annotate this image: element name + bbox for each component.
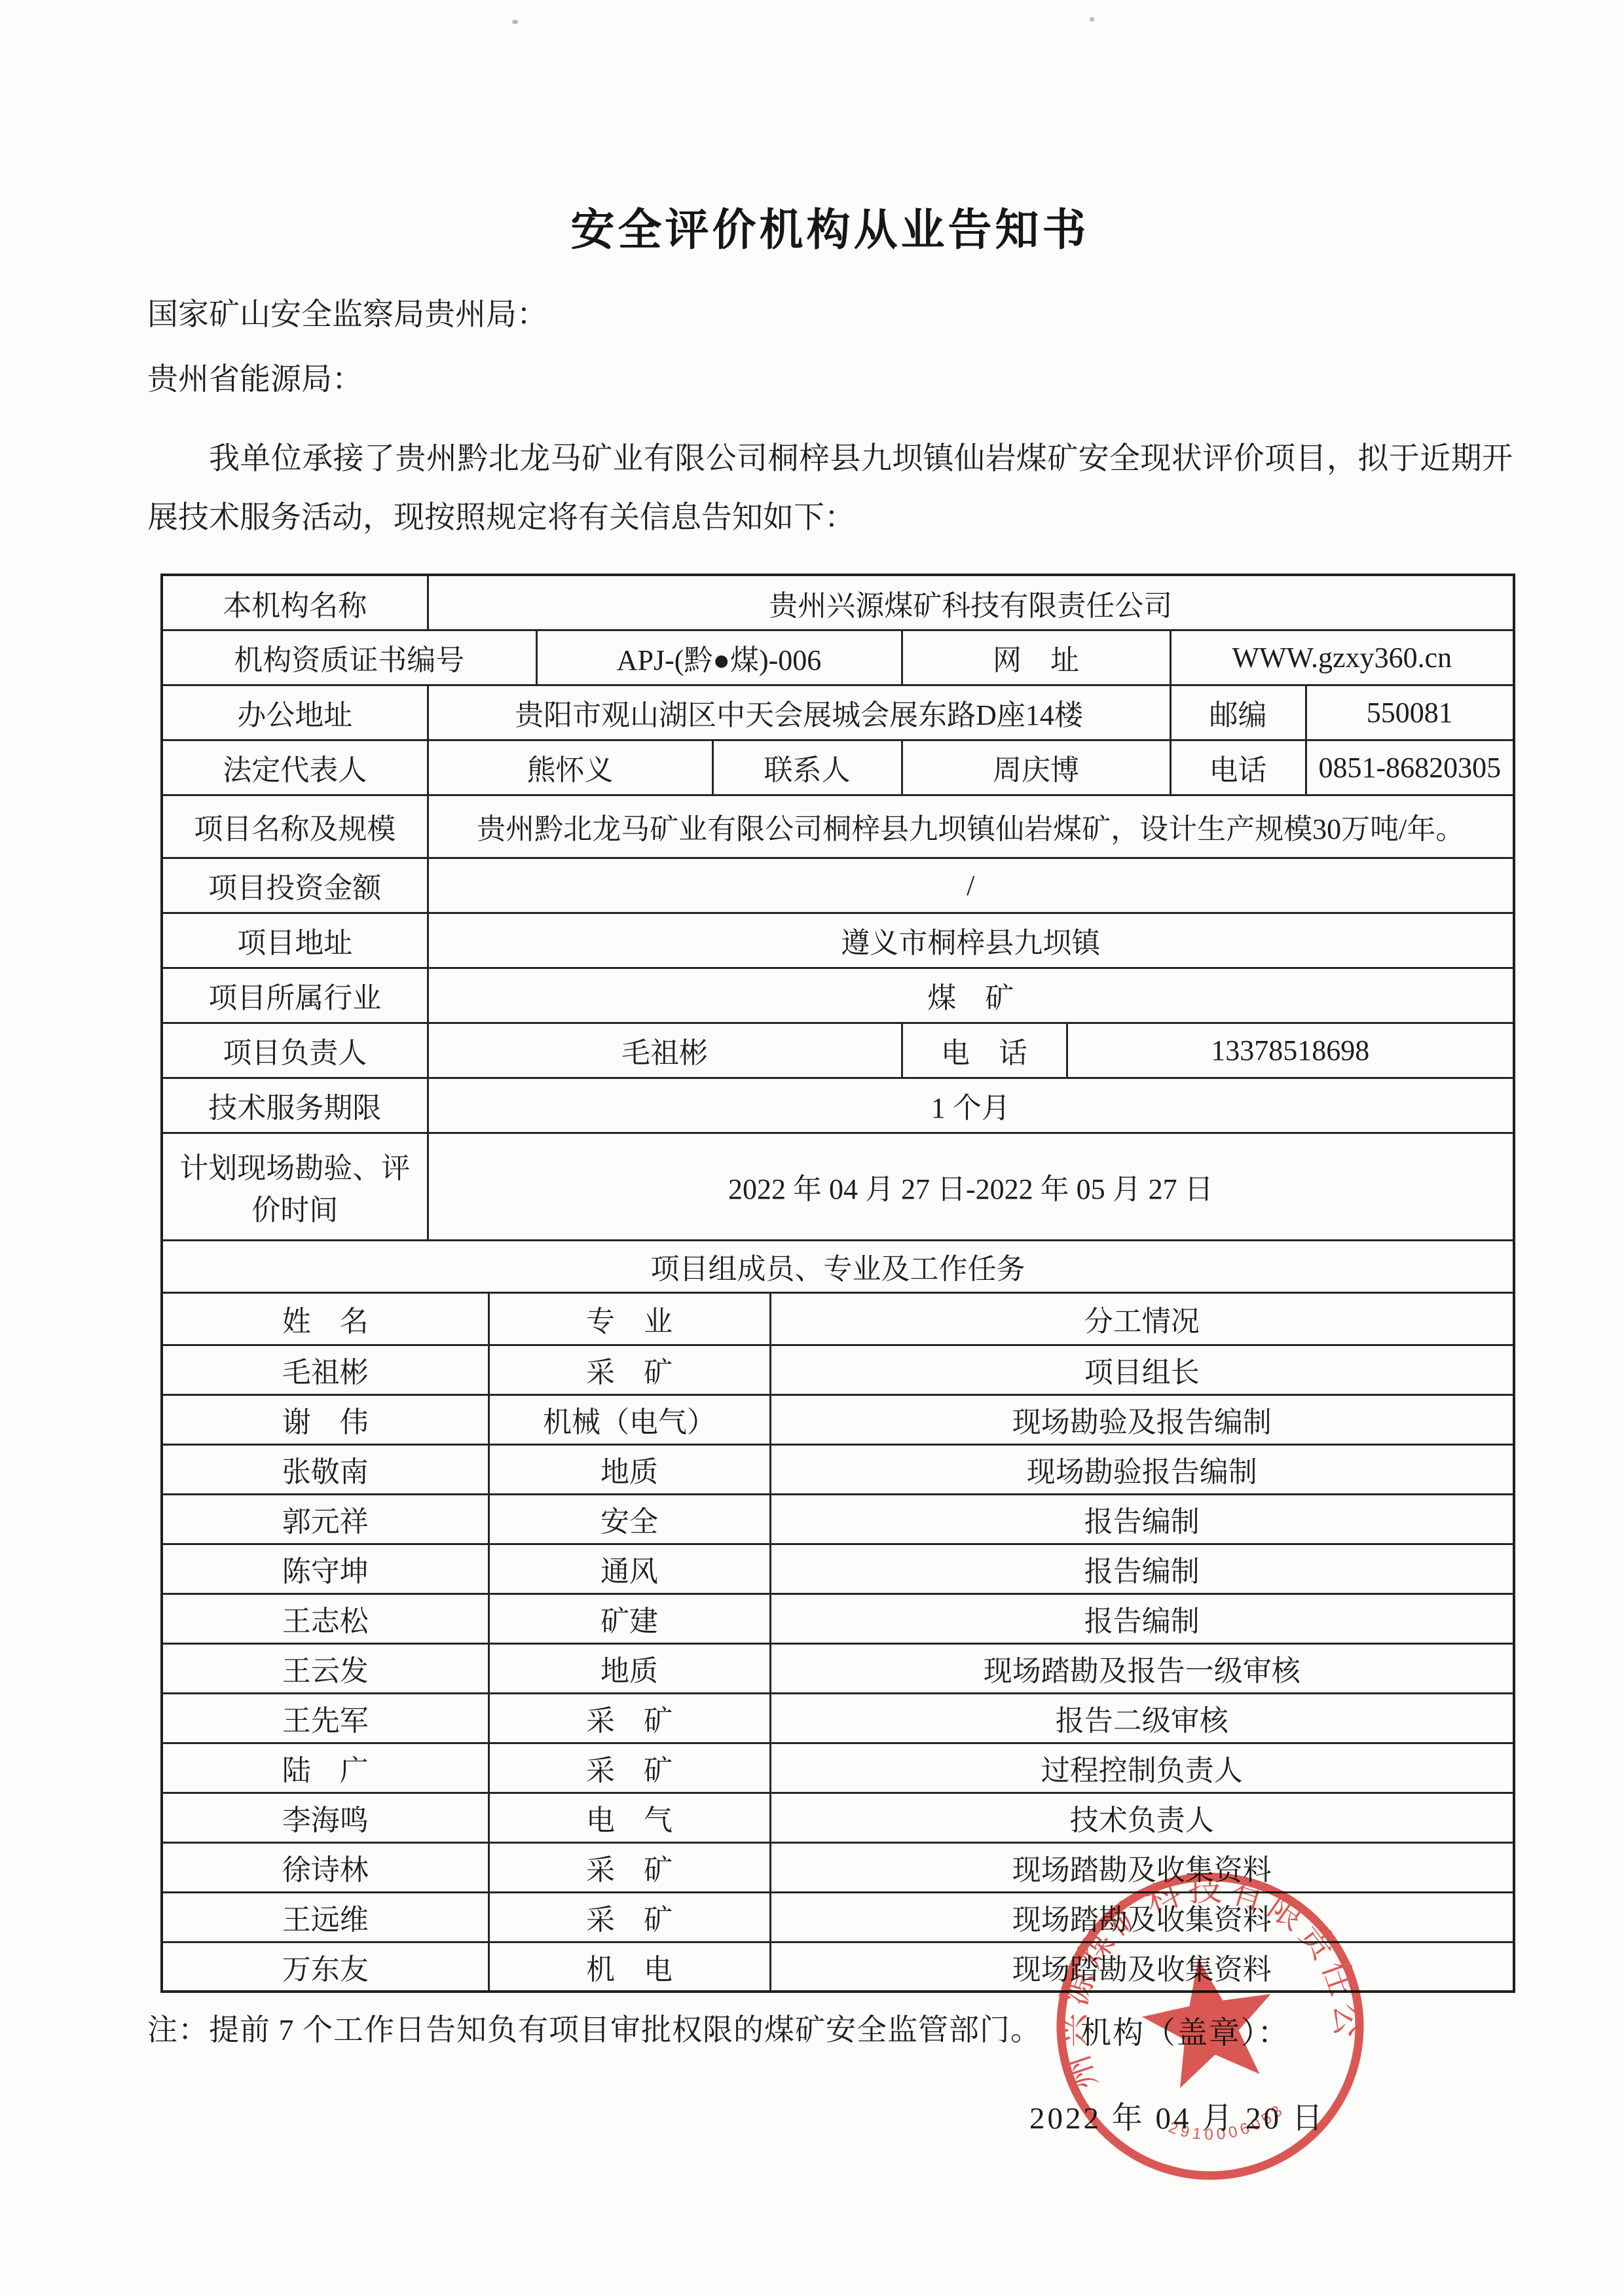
table-cell: / bbox=[428, 858, 1514, 913]
scan-speck bbox=[1090, 17, 1094, 22]
table-cell: 矿建 bbox=[489, 1594, 770, 1643]
table-cell: 采 矿 bbox=[489, 1693, 770, 1743]
table-cell: 联系人 bbox=[712, 740, 902, 795]
table-cell: 熊怀义 bbox=[428, 740, 712, 795]
table-cell: 550081 bbox=[1306, 685, 1514, 740]
table-cell: 机构资质证书编号 bbox=[162, 630, 536, 685]
signature-date: 2022 年 04 月 20 日 bbox=[1029, 2094, 1325, 2138]
table-cell: APJ-(黔●煤)-006 bbox=[536, 630, 902, 685]
seal-caption: 机构（盖章）： bbox=[1080, 2009, 1290, 2052]
table-cell: 煤 矿 bbox=[428, 968, 1514, 1023]
recipient-line-2: 贵州省能源局： bbox=[147, 365, 1513, 395]
table-row: 项目名称及规模 贵州黔北龙马矿业有限公司桐梓县九坝镇仙岩煤矿，设计生产规模30万… bbox=[162, 795, 1514, 858]
table-cell: 报告编制 bbox=[770, 1544, 1514, 1594]
table-row: 技术服务期限 1 个月 bbox=[162, 1078, 1514, 1133]
table-cell: 地质 bbox=[489, 1643, 770, 1693]
table-cell: 过程控制负责人 bbox=[770, 1743, 1514, 1793]
table-cell: 采 矿 bbox=[489, 1892, 770, 1942]
table-cell: 郭元祥 bbox=[162, 1494, 489, 1544]
table-cell: 电 气 bbox=[489, 1793, 770, 1842]
footnote: 注：提前 7 个工作日告知负有项目审批权限的煤矿安全监管部门。 bbox=[147, 2006, 1513, 2049]
table-cell: 李海鸣 bbox=[162, 1793, 489, 1842]
table-cell: 采 矿 bbox=[489, 1842, 770, 1892]
table-cell: 项目投资金额 bbox=[162, 858, 428, 913]
table-cell: 万东友 bbox=[162, 1942, 489, 1992]
table-section-header: 项目组成员、专业及工作任务 bbox=[162, 1240, 1514, 1292]
table-cell: 0851-86820305 bbox=[1306, 740, 1514, 795]
table-cell: 机械（电气） bbox=[489, 1394, 770, 1444]
table-cell: 陈守坤 bbox=[162, 1544, 489, 1594]
table-cell: 电话 bbox=[1170, 740, 1306, 795]
table-cell: 徐诗林 bbox=[162, 1842, 489, 1892]
table-cell: 分工情况 bbox=[770, 1292, 1514, 1345]
table-row: 毛祖彬 采 矿 项目组长 bbox=[162, 1345, 1514, 1394]
table-cell: 现场踏勘及收集资料 bbox=[770, 1942, 1514, 1992]
table-cell: 王先军 bbox=[162, 1693, 489, 1743]
table-cell: 网 址 bbox=[902, 630, 1170, 685]
table-cell: 电 话 bbox=[902, 1023, 1067, 1078]
intro-paragraph: 我单位承接了贵州黔北龙马矿业有限公司桐梓县九坝镇仙岩煤矿安全现状评价项目，拟于近… bbox=[147, 429, 1513, 547]
table-cell: 项目负责人 bbox=[162, 1023, 428, 1078]
table-cell: 贵州兴源煤矿科技有限责任公司 bbox=[428, 575, 1514, 630]
table-cell: 机 电 bbox=[489, 1942, 770, 1992]
table-row: 项目组成员、专业及工作任务 bbox=[162, 1240, 1514, 1292]
table-cell: 现场勘验及报告编制 bbox=[770, 1394, 1514, 1444]
table-cell: 遵义市桐梓县九坝镇 bbox=[428, 913, 1514, 968]
table-row: 机构资质证书编号 APJ-(黔●煤)-006 网 址 WWW.gzxy360.c… bbox=[162, 630, 1514, 685]
table-row: 项目投资金额 / bbox=[162, 858, 1514, 913]
table-cell: 姓 名 bbox=[162, 1292, 489, 1345]
table-cell: 谢 伟 bbox=[162, 1394, 489, 1444]
table-row: 计划现场勘验、评价时间 2022 年 04 月 27 日-2022 年 05 月… bbox=[162, 1133, 1514, 1240]
scan-speck bbox=[512, 20, 518, 24]
table-row: 王远维 采 矿 现场踏勘及收集资料 bbox=[162, 1892, 1514, 1942]
table-row: 本机构名称 贵州兴源煤矿科技有限责任公司 bbox=[162, 575, 1514, 630]
table-cell: 现场踏勘及收集资料 bbox=[770, 1892, 1514, 1942]
table-cell: 办公地址 bbox=[162, 685, 428, 740]
table-row: 陆 广 采 矿 过程控制负责人 bbox=[162, 1743, 1514, 1793]
table-cell: 项目地址 bbox=[162, 913, 428, 968]
table-cell: 王志松 bbox=[162, 1594, 489, 1643]
table-cell: 贵州黔北龙马矿业有限公司桐梓县九坝镇仙岩煤矿，设计生产规模30万吨/年。 bbox=[428, 795, 1514, 858]
table-cell: 项目组长 bbox=[770, 1345, 1514, 1394]
table-row: 万东友 机 电 现场踏勘及收集资料 bbox=[162, 1942, 1514, 1992]
table-cell: 通风 bbox=[489, 1544, 770, 1594]
table-cell: 张敬南 bbox=[162, 1444, 489, 1494]
document-page: 安全评价机构从业告知书 国家矿山安全监察局贵州局： 贵州省能源局： 我单位承接了… bbox=[0, 0, 1624, 2296]
table-cell: 报告二级审核 bbox=[770, 1693, 1514, 1743]
table-cell: 周庆博 bbox=[902, 740, 1170, 795]
table-cell: 采 矿 bbox=[489, 1743, 770, 1793]
table-cell: 陆 广 bbox=[162, 1743, 489, 1793]
table-cell: 安全 bbox=[489, 1494, 770, 1544]
table-cell: 毛祖彬 bbox=[162, 1345, 489, 1394]
table-cell: 专 业 bbox=[489, 1292, 770, 1345]
table-cell: 采 矿 bbox=[489, 1345, 770, 1394]
table-cell: 13378518698 bbox=[1067, 1023, 1514, 1078]
table-row: 李海鸣 电 气 技术负责人 bbox=[162, 1793, 1514, 1842]
table-row: 王志松 矿建 报告编制 bbox=[162, 1594, 1514, 1643]
table-row: 项目所属行业 煤 矿 bbox=[162, 968, 1514, 1023]
recipient-line-1: 国家矿山安全监察局贵州局： bbox=[147, 300, 1513, 331]
table-cell: 技术负责人 bbox=[770, 1793, 1514, 1842]
table-cell: 项目名称及规模 bbox=[162, 795, 428, 858]
table-cell: 现场踏勘及收集资料 bbox=[770, 1842, 1514, 1892]
table-row: 张敬南 地质 现场勘验报告编制 bbox=[162, 1444, 1514, 1494]
table-row: 谢 伟 机械（电气） 现场勘验及报告编制 bbox=[162, 1394, 1514, 1444]
table-cell: 报告编制 bbox=[770, 1494, 1514, 1544]
table-cell: 地质 bbox=[489, 1444, 770, 1494]
table-cell: 技术服务期限 bbox=[162, 1078, 428, 1133]
table-cell: 项目所属行业 bbox=[162, 968, 428, 1023]
table-cell: 现场踏勘及报告一级审核 bbox=[770, 1643, 1514, 1693]
info-table: 本机构名称 贵州兴源煤矿科技有限责任公司 机构资质证书编号 APJ-(黔●煤)-… bbox=[160, 574, 1515, 1993]
table-cell: 报告编制 bbox=[770, 1594, 1514, 1643]
table-cell: 王云发 bbox=[162, 1643, 489, 1693]
table-cell: 2022 年 04 月 27 日-2022 年 05 月 27 日 bbox=[428, 1133, 1514, 1240]
table-cell: 现场勘验报告编制 bbox=[770, 1444, 1514, 1494]
table-row: 项目负责人 毛祖彬 电 话 13378518698 bbox=[162, 1023, 1514, 1078]
table-row: 法定代表人 熊怀义 联系人 周庆博 电话 0851-86820305 bbox=[162, 740, 1514, 795]
table-row: 郭元祥 安全 报告编制 bbox=[162, 1494, 1514, 1544]
table-cell: 本机构名称 bbox=[162, 575, 428, 630]
table-row: 办公地址 贵阳市观山湖区中天会展城会展东路D座14楼 邮编 550081 bbox=[162, 685, 1514, 740]
table-row: 王云发 地质 现场踏勘及报告一级审核 bbox=[162, 1643, 1514, 1693]
table-cell: 毛祖彬 bbox=[428, 1023, 902, 1078]
table-row: 姓 名 专 业 分工情况 bbox=[162, 1292, 1514, 1345]
table-cell: 法定代表人 bbox=[162, 740, 428, 795]
table-row: 王先军 采 矿 报告二级审核 bbox=[162, 1693, 1514, 1743]
document-title: 安全评价机构从业告知书 bbox=[147, 195, 1513, 258]
table-cell: WWW.gzxy360.cn bbox=[1170, 630, 1514, 685]
table-cell: 贵阳市观山湖区中天会展城会展东路D座14楼 bbox=[428, 685, 1170, 740]
table-row: 项目地址 遵义市桐梓县九坝镇 bbox=[162, 913, 1514, 968]
table-row: 徐诗林 采 矿 现场踏勘及收集资料 bbox=[162, 1842, 1514, 1892]
table-cell: 计划现场勘验、评价时间 bbox=[162, 1133, 428, 1240]
table-cell: 王远维 bbox=[162, 1892, 489, 1942]
table-cell: 邮编 bbox=[1170, 685, 1306, 740]
table-row: 陈守坤 通风 报告编制 bbox=[162, 1544, 1514, 1594]
table-cell: 1 个月 bbox=[428, 1078, 1514, 1133]
